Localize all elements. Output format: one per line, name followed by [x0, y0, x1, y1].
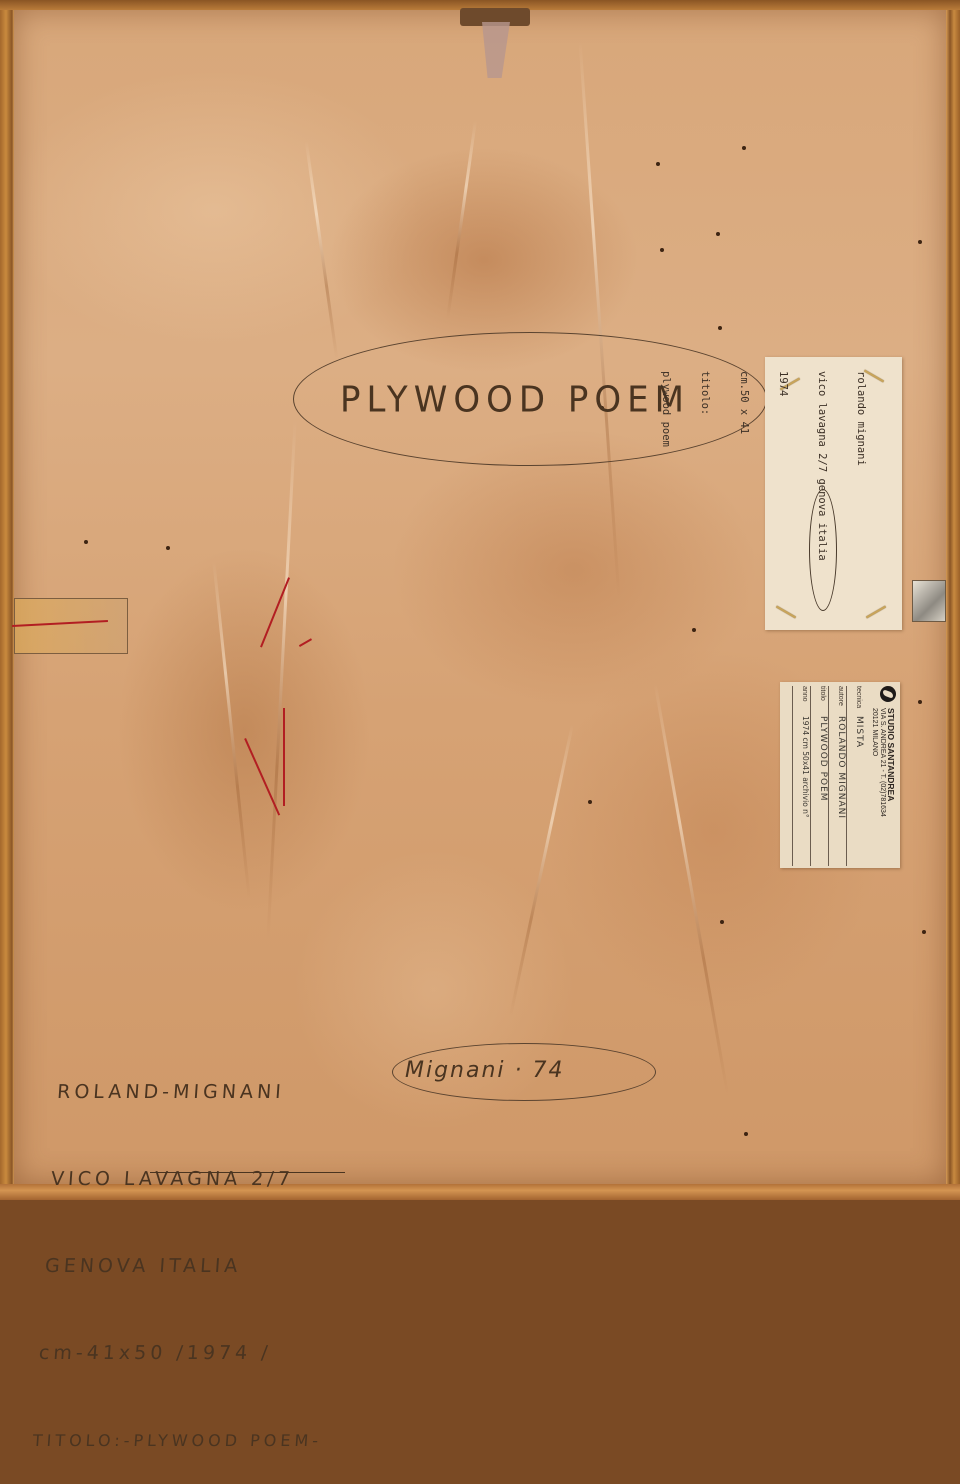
- nail-hole: [742, 146, 746, 150]
- label-line-year: 1974: [776, 371, 789, 561]
- gallery-header: STUDIO SANTANDREA VIA S. ANDREA 21 - T. …: [870, 686, 896, 866]
- nail-hole: [718, 326, 722, 330]
- note-line-artist: ROLAND-MIGNANI: [56, 1078, 347, 1107]
- nail-hole: [918, 240, 922, 244]
- gallery-label-content: STUDIO SANTANDREA VIA S. ANDREA 21 - T. …: [792, 686, 896, 866]
- nail-hole: [716, 232, 720, 236]
- field-value: PLYWOOD POEM: [818, 716, 828, 802]
- gallery-field-row: tecnica MISTA: [846, 686, 864, 866]
- field-key: autore: [837, 686, 844, 716]
- nail-hole: [656, 162, 660, 166]
- gallery-header-text: STUDIO SANTANDREA VIA S. ANDREA 21 - T. …: [870, 708, 896, 817]
- nail-hole: [922, 930, 926, 934]
- field-value: MISTA: [854, 716, 864, 748]
- gallery-label-card: STUDIO SANTANDREA VIA S. ANDREA 21 - T. …: [780, 682, 900, 868]
- nail-hole: [588, 800, 592, 804]
- nail-hole: [744, 1132, 748, 1136]
- title-underline: [150, 1172, 345, 1173]
- label-line-title: plywood poem: [659, 371, 672, 561]
- signature-scribble-icon: [809, 489, 837, 611]
- field-key: titolo: [819, 686, 826, 716]
- artist-signature: Mignani · 74: [405, 1058, 565, 1083]
- field-value: ROLANDO MIGNANI: [836, 716, 846, 819]
- gallery-field-row: titolo PLYWOOD POEM: [810, 686, 828, 866]
- gallery-address-2: 20121 MILANO: [870, 708, 878, 817]
- metal-hinge-icon: [912, 580, 946, 622]
- bottom-left-notes: ROLAND-MIGNANI VICO LAVAGNA 2/7 GENOVA I…: [30, 1020, 352, 1200]
- field-key: tecnica: [855, 686, 862, 716]
- staple: [866, 606, 886, 619]
- label-line-artist: rolando mignani: [854, 371, 867, 561]
- nail-hole: [918, 700, 922, 704]
- gallery-address-1: VIA S. ANDREA 21 - T. (02)781634: [878, 708, 886, 817]
- artist-label-card: rolando mignani vico lavagna 2/7 genova …: [765, 357, 902, 630]
- nail-hole: [660, 248, 664, 252]
- field-key: anno: [801, 686, 808, 716]
- nail-hole: [720, 920, 724, 924]
- note-line-street: VICO LAVAGNA 2/7: [50, 1165, 341, 1194]
- gallery-name: STUDIO SANTANDREA: [886, 708, 896, 817]
- label-line-dimensions: cm.50 x 41: [737, 371, 750, 561]
- field-value: 1974 cm 50x41 archivio n°: [801, 716, 810, 818]
- red-thread: [283, 708, 285, 806]
- gallery-field-row: anno 1974 cm 50x41 archivio n°: [792, 686, 810, 866]
- gallery-field-row: autore ROLANDO MIGNANI: [828, 686, 846, 866]
- nail-hole: [84, 540, 88, 544]
- label-line-title-key: titolo:: [698, 371, 711, 561]
- nail-hole: [692, 628, 696, 632]
- staple: [776, 606, 796, 619]
- artist-label-text: rolando mignani vico lavagna 2/7 genova …: [633, 371, 893, 561]
- nail-hole: [166, 546, 170, 550]
- gallery-logo-icon: [880, 686, 896, 702]
